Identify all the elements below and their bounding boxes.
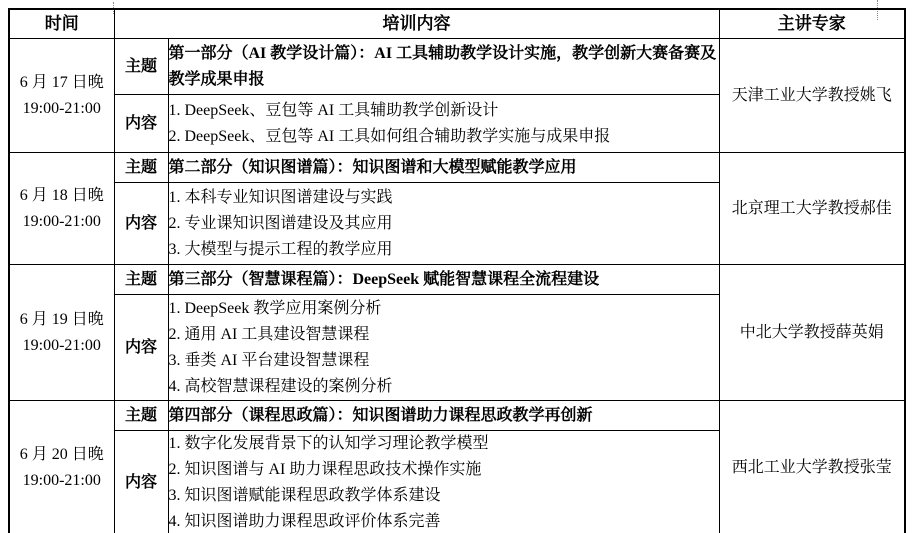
content-item: 2. 专业课知识图谱建设及其应用 — [169, 211, 719, 237]
session-1-content: 1. DeepSeek、豆包等 AI 工具辅助教学创新设计 2. DeepSee… — [168, 95, 719, 153]
content-item: 3. 知识图谱赋能课程思政教学体系建设 — [169, 483, 719, 509]
session-4-topic-label: 主题 — [114, 401, 168, 431]
session-time: 19:00-21:00 — [10, 209, 114, 235]
session-3-content: 1. DeepSeek 教学应用案例分析 2. 通用 AI 工具建设智慧课程 3… — [168, 295, 719, 401]
session-1-topic-row: 6 月 17 日晚 19:00-21:00 主题 第一部分（AI 教学设计篇）：… — [9, 39, 905, 95]
content-item: 1. DeepSeek 教学应用案例分析 — [169, 296, 719, 322]
content-item: 1. DeepSeek、豆包等 AI 工具辅助教学创新设计 — [169, 98, 719, 124]
session-2-topic-label: 主题 — [114, 153, 168, 183]
header-content: 培训内容 — [114, 9, 719, 39]
content-item: 3. 垂类 AI 平台建设智慧课程 — [169, 348, 719, 374]
session-4-topic-row: 6 月 20 日晚 19:00-21:00 主题 第四部分（课程思政篇）：知识图… — [9, 401, 905, 431]
table-header-row: 时间 培训内容 主讲专家 — [9, 9, 905, 39]
session-2-content-label: 内容 — [114, 183, 168, 265]
content-item: 2. 知识图谱与 AI 助力课程思政技术操作实施 — [169, 457, 719, 483]
header-expert: 主讲专家 — [719, 9, 905, 39]
content-item: 4. 高校智慧课程建设的案例分析 — [169, 374, 719, 400]
session-4-expert: 西北工业大学教授张莹 — [719, 401, 905, 533]
session-4-topic: 第四部分（课程思政篇）：知识图谱助力课程思政教学再创新 — [168, 401, 719, 431]
session-time: 19:00-21:00 — [10, 468, 114, 494]
session-date: 6 月 18 日晚 — [10, 183, 114, 209]
document-page: 时间 培训内容 主讲专家 6 月 17 日晚 19:00-21:00 主题 第一… — [0, 0, 916, 533]
training-schedule-table: 时间 培训内容 主讲专家 6 月 17 日晚 19:00-21:00 主题 第一… — [8, 8, 906, 533]
session-3-topic-row: 6 月 19 日晚 19:00-21:00 主题 第三部分（智慧课程篇）：Dee… — [9, 265, 905, 295]
session-time: 19:00-21:00 — [10, 96, 114, 122]
session-4-content-label: 内容 — [114, 431, 168, 533]
content-item: 3. 大模型与提示工程的教学应用 — [169, 237, 719, 263]
session-3-expert: 中北大学教授薛英娟 — [719, 265, 905, 401]
session-4-time-cell: 6 月 20 日晚 19:00-21:00 — [9, 401, 114, 533]
session-2-topic: 第二部分（知识图谱篇）：知识图谱和大模型赋能教学应用 — [168, 153, 719, 183]
session-1-time-cell: 6 月 17 日晚 19:00-21:00 — [9, 39, 114, 153]
session-3-content-label: 内容 — [114, 295, 168, 401]
session-4-content: 1. 数字化发展背景下的认知学习理论教学模型 2. 知识图谱与 AI 助力课程思… — [168, 431, 719, 533]
session-1-topic: 第一部分（AI 教学设计篇）：AI 工具辅助教学设计实施，教学创新大赛备赛及教学… — [168, 39, 719, 95]
session-3-topic: 第三部分（智慧课程篇）：DeepSeek 赋能智慧课程全流程建设 — [168, 265, 719, 295]
content-item: 1. 数字化发展背景下的认知学习理论教学模型 — [169, 431, 719, 457]
session-date: 6 月 20 日晚 — [10, 442, 114, 468]
session-3-time-cell: 6 月 19 日晚 19:00-21:00 — [9, 265, 114, 401]
content-item: 4. 知识图谱助力课程思政评价体系完善 — [169, 509, 719, 533]
header-time: 时间 — [9, 9, 114, 39]
content-item: 2. DeepSeek、豆包等 AI 工具如何组合辅助教学实施与成果申报 — [169, 124, 719, 150]
session-date: 6 月 19 日晚 — [10, 307, 114, 333]
session-2-content: 1. 本科专业知识图谱建设与实践 2. 专业课知识图谱建设及其应用 3. 大模型… — [168, 183, 719, 265]
session-3-topic-label: 主题 — [114, 265, 168, 295]
session-1-topic-label: 主题 — [114, 39, 168, 95]
content-item: 2. 通用 AI 工具建设智慧课程 — [169, 322, 719, 348]
content-item: 1. 本科专业知识图谱建设与实践 — [169, 185, 719, 211]
session-2-expert: 北京理工大学教授郝佳 — [719, 153, 905, 265]
session-1-expert: 天津工业大学教授姚飞 — [719, 39, 905, 153]
session-2-topic-row: 6 月 18 日晚 19:00-21:00 主题 第二部分（知识图谱篇）：知识图… — [9, 153, 905, 183]
session-date: 6 月 17 日晚 — [10, 70, 114, 96]
session-time: 19:00-21:00 — [10, 333, 114, 359]
session-2-time-cell: 6 月 18 日晚 19:00-21:00 — [9, 153, 114, 265]
session-1-content-label: 内容 — [114, 95, 168, 153]
